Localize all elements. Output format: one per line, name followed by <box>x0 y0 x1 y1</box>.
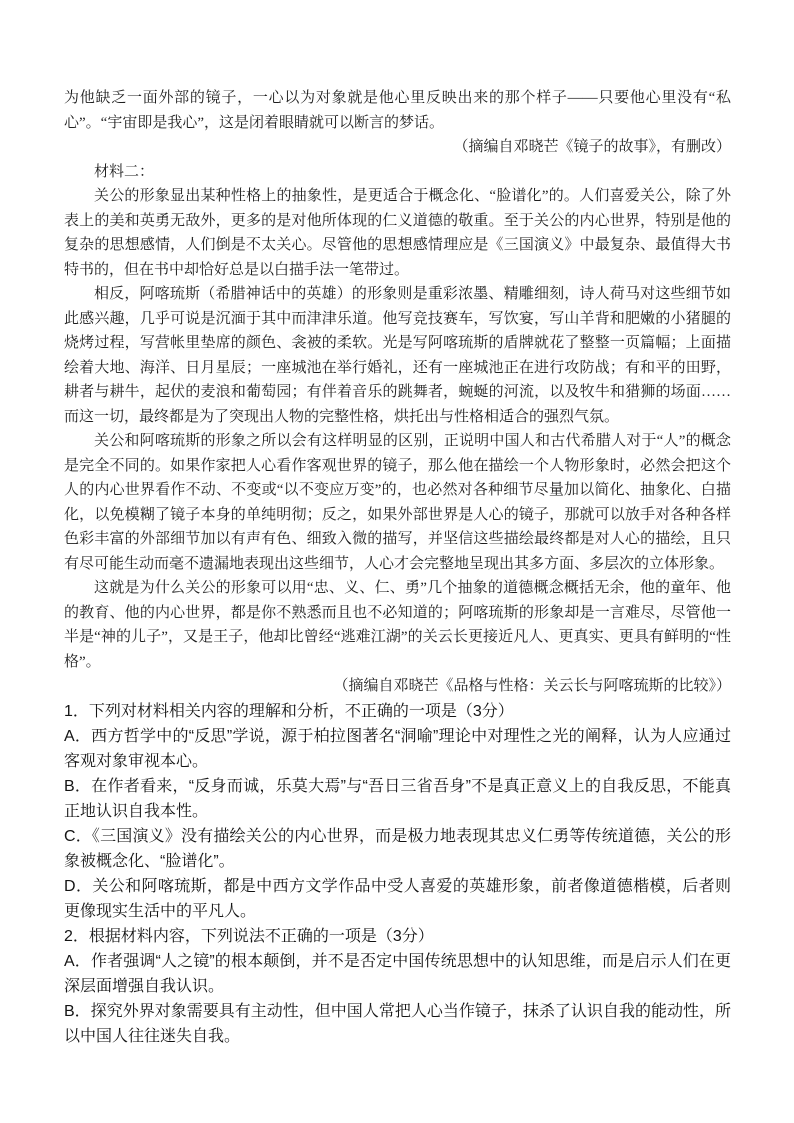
material-two-label: 材料二： <box>64 160 731 185</box>
question-1: 1．下列对材料相关内容的理解和分析，不正确的一项是（3分） A．西方哲学中的“反… <box>64 699 731 924</box>
exam-paper-page: 为他缺乏一面外部的镜子，一心以为对象就是他心里反映出来的那个样子——只要他心里没… <box>0 0 794 1123</box>
reading-materials-section: 为他缺乏一面外部的镜子，一心以为对象就是他心里反映出来的那个样子——只要他心里没… <box>64 86 731 699</box>
material-two-paragraph-1: 关公的形象显出某种性格上的抽象性，是更适合于概念化、“脸谱化”的。人们喜爱关公，… <box>64 184 731 282</box>
material-two-paragraph-2: 相反，阿喀琉斯（希腊神话中的英雄）的形象则是重彩浓墨、精雕细刻，诗人荷马对这些细… <box>64 282 731 429</box>
material-two-paragraph-4: 这就是为什么关公的形象可以用“忠、义、仁、勇”几个抽象的道德概念概括无余，他的童… <box>64 576 731 674</box>
question-2: 2．根据材料内容，下列说法不正确的一项是（3分） A．作者强调“人之镜”的根本颠… <box>64 924 731 1049</box>
material-two-paragraph-3: 关公和阿喀琉斯的形象之所以会有这样明显的区别，正说明中国人和古代希腊人对于“人”… <box>64 429 731 576</box>
questions-section: 1．下列对材料相关内容的理解和分析，不正确的一项是（3分） A．西方哲学中的“反… <box>64 699 731 1049</box>
material-one-closing-paragraph: 为他缺乏一面外部的镜子，一心以为对象就是他心里反映出来的那个样子——只要他心里没… <box>64 86 731 135</box>
question-2-stem: 2．根据材料内容，下列说法不正确的一项是（3分） <box>64 924 731 949</box>
material-one-attribution: （摘编自邓晓芒《镜子的故事》，有删改） <box>64 135 731 160</box>
question-1-stem: 1．下列对材料相关内容的理解和分析，不正确的一项是（3分） <box>64 699 731 724</box>
question-1-option-d: D．关公和阿喀琉斯，都是中西方文学作品中受人喜爱的英雄形象，前者像道德楷模，后者… <box>64 874 731 924</box>
question-1-option-a: A．西方哲学中的“反思”学说，源于柏拉图著名“洞喻”理论中对理性之光的阐释，认为… <box>64 724 731 774</box>
question-2-option-b: B．探究外界对象需要具有主动性，但中国人常把人心当作镜子，抹杀了认识自我的能动性… <box>64 999 731 1049</box>
material-two-attribution: （摘编自邓晓芒《品格与性格：关云长与阿喀琉斯的比较》） <box>64 674 731 699</box>
question-2-option-a: A．作者强调“人之镜”的根本颠倒，并不是否定中国传统思想中的认知思维，而是启示人… <box>64 949 731 999</box>
question-1-option-c: C．《三国演义》没有描绘关公的内心世界，而是极力地表现其忠义仁勇等传统道德，关公… <box>64 824 731 874</box>
question-1-option-b: B．在作者看来，“反身而诚，乐莫大焉”与“吾日三省吾身”不是真正意义上的自我反思… <box>64 774 731 824</box>
